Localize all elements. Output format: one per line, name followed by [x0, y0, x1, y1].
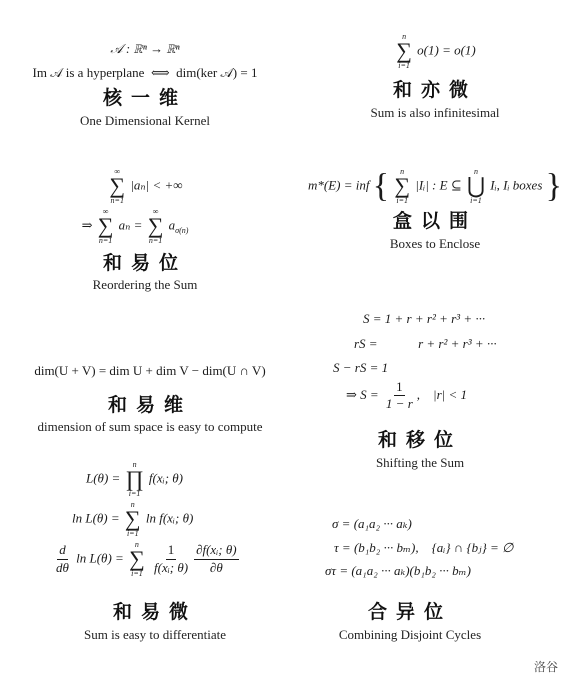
sigma-symbol: ∑ [109, 176, 125, 197]
caption: One Dimensional Kernel [0, 113, 290, 130]
sum-operator: n ∑ i=1 [125, 501, 141, 538]
line4-prefix: ⇒ S = [346, 387, 379, 402]
formula-series-rs: rS = r + r² + r³ + ··· [330, 336, 530, 352]
line2-lhs: τ = [334, 540, 351, 555]
fraction-denominator: ∂θ [208, 560, 225, 575]
hyperplane-right: dim(ker 𝒜) = 1 [176, 65, 257, 80]
product-lower-limit: i=1 [129, 490, 141, 498]
caption: Shifting the Sum [290, 455, 550, 472]
formula-difference: S − rS = 1 [330, 360, 530, 376]
formula-outer-measure: m*(E) = inf { n ∑ i=1 |Iᵢ| : E ⊆ n ⋃ i=1… [290, 168, 580, 205]
formula-derivative: d dθ ln L(θ) = n ∑ i=1 1 f(xᵢ; θ) ∂f(xᵢ;… [40, 541, 260, 578]
formula-sigma: σ = (a₁a₂ ··· aₖ) [322, 516, 562, 532]
formula-sigma-tau: στ = (a₁a₂ ··· aₖ)(b₁b₂ ··· bₘ) [322, 563, 562, 579]
line1-rhs: 1 + r + r² + r³ + ··· [385, 311, 485, 326]
formula-sum-o1: n ∑ i=1 o(1) = o(1) [290, 33, 580, 70]
caption: Combining Disjoint Cycles [290, 627, 530, 644]
line1-lhs: L(θ) = [86, 470, 120, 485]
card-disjoint-cycles-title: 合异位 Combining Disjoint Cycles [290, 600, 530, 644]
card-differentiate-sum-title: 和易微 Sum is easy to differentiate [10, 600, 300, 644]
line1-lhs: σ = [332, 516, 350, 531]
title-chinese: 盒以围 [290, 209, 580, 234]
caption: Reordering the Sum [0, 277, 290, 294]
sum-lower-limit: i=1 [396, 197, 408, 205]
sigma-symbol: ∑ [396, 41, 412, 62]
hyperplane-left: Im 𝒜 is a hyperplane [33, 65, 145, 80]
caption: Sum is also infinitesimal [290, 105, 580, 122]
formula-likelihood: L(θ) = n ∏ i=1 f(xᵢ; θ) [40, 461, 260, 498]
line3-rhs: (a₁a₂ ··· aₖ)(b₁b₂ ··· bₘ) [351, 563, 471, 578]
fraction-denominator: f(xᵢ; θ) [152, 560, 190, 575]
card-shifting-sum-title: 和移位 Shifting the Sum [290, 428, 550, 472]
formula-lhs: m*(E) = inf [308, 177, 369, 192]
title-chinese: 和易微 [10, 600, 300, 625]
formula-hyperplane: Im 𝒜 is a hyperplane ⟺ dim(ker 𝒜) = 1 [0, 65, 290, 81]
sum-operator-2: ∞ ∑ n=1 [148, 208, 164, 245]
line4-rest: , |r| < 1 [417, 387, 467, 402]
formula-absolute-convergence: ∞ ∑ n=1 |aₙ| < +∞ [0, 168, 290, 205]
fraction: 1 1 − r [384, 380, 415, 412]
line3: S − rS = 1 [333, 360, 388, 375]
fraction-numerator: ∂f(xᵢ; θ) [194, 543, 239, 559]
sum-lower-limit: i=1 [127, 530, 139, 538]
pi-symbol: ∏ [126, 469, 144, 490]
title-chinese: 和易维 [0, 393, 300, 418]
title-chinese: 合异位 [290, 600, 530, 625]
formula-text: dim(U + V) = dim U + dim V − dim(U ∩ V) [34, 363, 265, 378]
formula-mid: aₙ = [119, 217, 143, 232]
line2-rhs: r + r² + r³ + ··· [418, 336, 497, 351]
sum-lower-limit: n=1 [111, 197, 124, 205]
sigma-symbol: ∑ [148, 216, 164, 237]
formula-rearrangement: ⇒ ∞ ∑ n=1 aₙ = ∞ ∑ n=1 aσ(n) [0, 208, 290, 245]
watermark: 洛谷 [534, 658, 558, 675]
card-reordering-sum: ∞ ∑ n=1 |aₙ| < +∞ ⇒ ∞ ∑ n=1 aₙ = ∞ ∑ n=1… [0, 165, 290, 294]
union-symbol: ⋃ [467, 176, 485, 197]
caption: Sum is easy to differentiate [10, 627, 300, 644]
formula-dimension: dim(U + V) = dim U + dim V − dim(U ∩ V) [0, 363, 300, 379]
sum-lower-limit: i=1 [131, 570, 143, 578]
fraction-numerator: 1 [166, 543, 177, 559]
title-chinese: 和亦微 [290, 78, 580, 103]
fraction-reciprocal: 1 f(xᵢ; θ) [152, 543, 190, 575]
formula-series-s: S = 1 + r + r² + r³ + ··· [330, 311, 530, 327]
sum-operator: n ∑ i=1 [394, 168, 410, 205]
formula-map-text: 𝒜 : ℝⁿ → ℝⁿ [110, 41, 179, 56]
card-dimension-sum: dim(U + V) = dim U + dim V − dim(U ∩ V) … [0, 360, 300, 436]
card-disjoint-cycles: σ = (a₁a₂ ··· aₖ) τ = (b₁b₂ ··· bₘ), {aᵢ… [322, 513, 562, 582]
line1-lhs: S = [363, 311, 382, 326]
formula-map: 𝒜 : ℝⁿ → ℝⁿ [0, 41, 290, 57]
card-one-dimensional-kernel: 𝒜 : ℝⁿ → ℝⁿ Im 𝒜 is a hyperplane ⟺ dim(k… [0, 38, 290, 130]
caption: Boxes to Enclose [290, 236, 580, 253]
line3-lhs: στ = [325, 563, 348, 578]
line2-lhs: rS = [354, 336, 378, 351]
d-denominator: dθ [54, 560, 71, 575]
sigma-symbol: ∑ [98, 216, 114, 237]
left-brace: { [373, 167, 389, 204]
union-lower-limit: i=1 [470, 197, 482, 205]
iff-symbol: ⟺ [151, 65, 170, 80]
sigma-symbol: ∑ [129, 549, 145, 570]
formula-rest: |aₙ| < +∞ [130, 177, 182, 192]
union-operator: n ⋃ i=1 [467, 168, 485, 205]
line2-rest: ln f(xᵢ; θ) [146, 510, 193, 525]
line1-rhs: (a₁a₂ ··· aₖ) [354, 516, 412, 531]
right-brace: } [546, 167, 562, 204]
sum-lower-limit: i=1 [398, 62, 410, 70]
card-differentiate-sum: L(θ) = n ∏ i=1 f(xᵢ; θ) ln L(θ) = n ∑ i=… [40, 458, 260, 581]
sum-operator: ∞ ∑ n=1 [98, 208, 114, 245]
formula-rest: Iᵢ, Iᵢ boxes [490, 177, 542, 192]
fraction-numerator: 1 [394, 380, 405, 396]
derivative-operator: d dθ [54, 543, 71, 575]
product-operator: n ∏ i=1 [126, 461, 144, 498]
sigma-symbol: ∑ [125, 509, 141, 530]
sum-lower-limit: n=1 [99, 237, 112, 245]
title-chinese: 核一维 [0, 86, 290, 111]
subscript-sigma-n: σ(n) [175, 226, 188, 235]
sum-operator: n ∑ i=1 [129, 541, 145, 578]
line1-rest: f(xᵢ; θ) [149, 470, 183, 485]
title-chinese: 和易位 [0, 251, 290, 276]
card-boxes-enclose: m*(E) = inf { n ∑ i=1 |Iᵢ| : E ⊆ n ⋃ i=1… [290, 165, 580, 252]
formula-tau: τ = (b₁b₂ ··· bₘ), {aᵢ} ∩ {bⱼ} = ∅ [322, 540, 562, 556]
title-chinese: 和移位 [290, 428, 550, 453]
fraction-denominator: 1 − r [384, 396, 415, 411]
implies-symbol: ⇒ [82, 217, 93, 232]
sum-operator: ∞ ∑ n=1 [109, 168, 125, 205]
line3-lhs: ln L(θ) = [76, 550, 124, 565]
card-sum-infinitesimal: n ∑ i=1 o(1) = o(1) 和亦微 Sum is also infi… [290, 30, 580, 121]
d-numerator: d [57, 543, 68, 559]
card-shifting-sum: S = 1 + r + r² + r³ + ··· rS = r + r² + … [330, 308, 530, 414]
formula-log-likelihood: ln L(θ) = n ∑ i=1 ln f(xᵢ; θ) [40, 501, 260, 538]
line2-rhs: (b₁b₂ ··· bₘ), {aᵢ} ∩ {bⱼ} = ∅ [354, 540, 513, 555]
caption: dimension of sum space is easy to comput… [0, 419, 300, 436]
formula-rest: o(1) = o(1) [417, 42, 476, 57]
line2-lhs: ln L(θ) = [72, 510, 120, 525]
fraction-partial: ∂f(xᵢ; θ) ∂θ [194, 543, 239, 575]
formula-mid: |Iᵢ| : E ⊆ [415, 177, 461, 192]
sigma-symbol: ∑ [394, 176, 410, 197]
formula-closed-form: ⇒ S = 1 1 − r , |r| < 1 [330, 380, 530, 412]
sum-operator: n ∑ i=1 [396, 33, 412, 70]
sum-lower-limit: n=1 [149, 237, 162, 245]
